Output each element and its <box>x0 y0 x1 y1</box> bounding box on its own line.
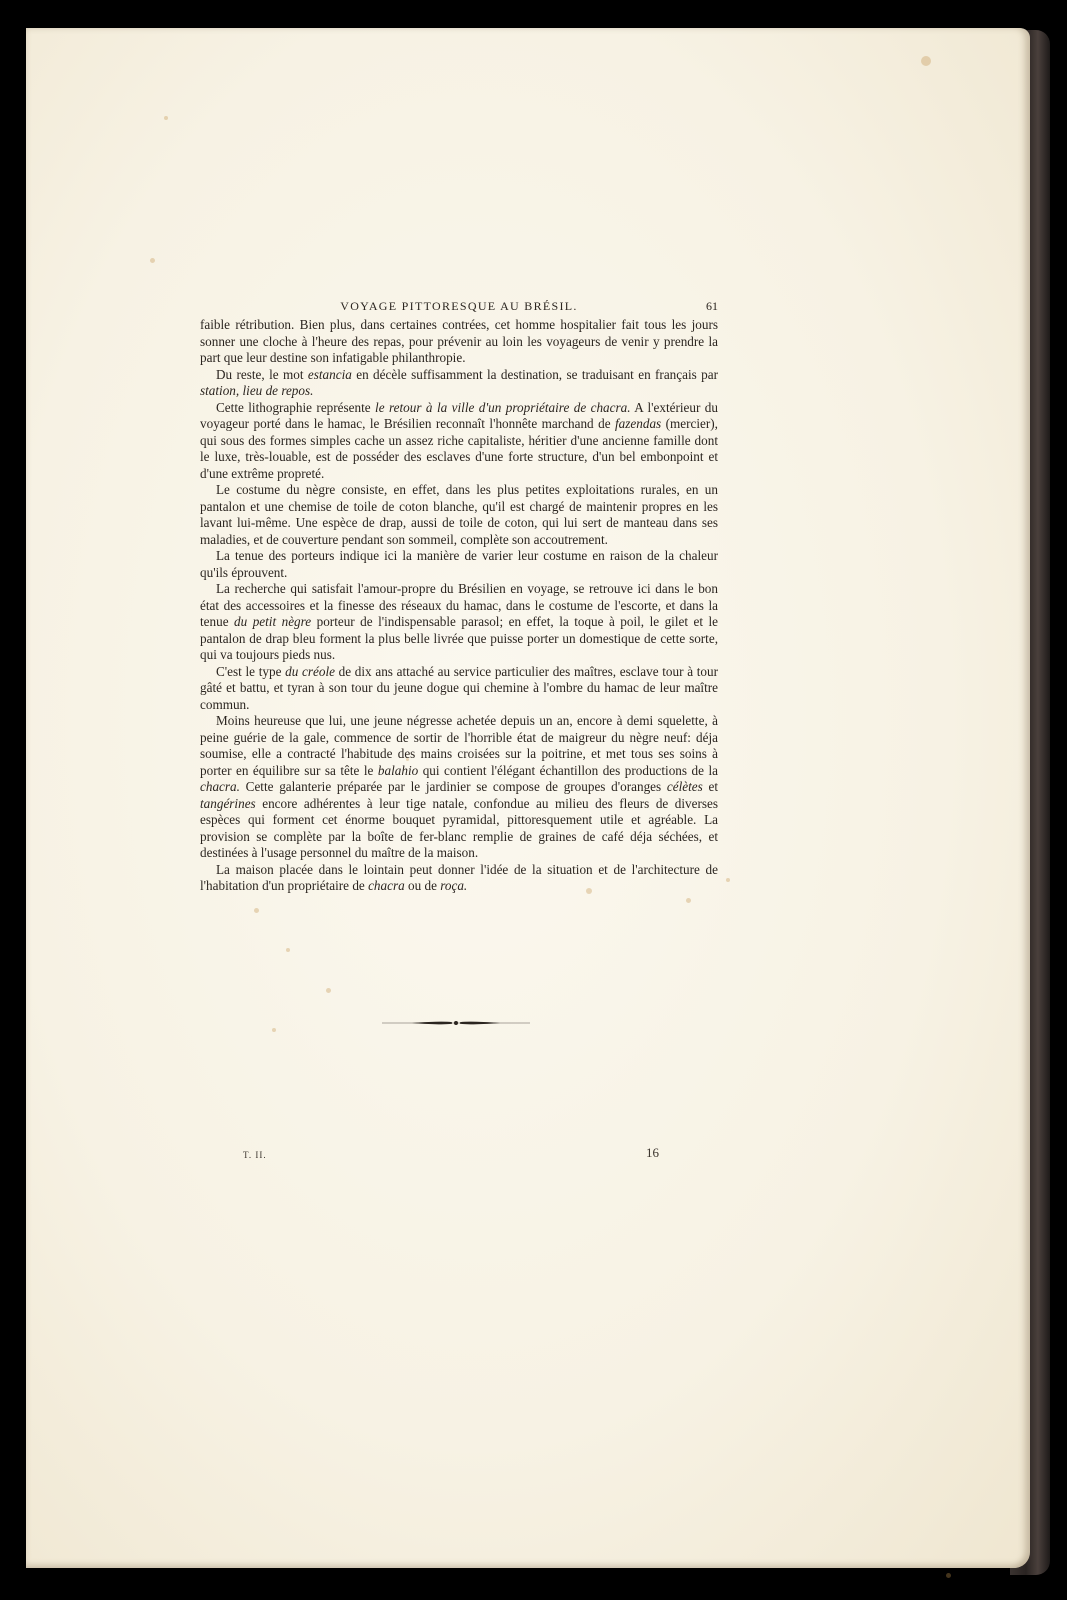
italic-text: du petit nègre <box>234 614 311 629</box>
italic-text: chacra <box>368 878 405 893</box>
paragraph: faible rétribution. Bien plus, dans cert… <box>200 317 718 367</box>
text-run: Cette lithographie représente <box>216 400 375 415</box>
paragraph: C'est le type du créole de dix ans attac… <box>200 664 718 714</box>
italic-text: estancia <box>308 367 352 382</box>
text-block: VOYAGE PITTORESQUE AU BRÉSIL. 61 faible … <box>200 298 718 895</box>
paragraph: Du reste, le mot estancia en décèle suff… <box>200 367 718 400</box>
italic-text: célètes <box>667 779 703 794</box>
italic-text: tangérines <box>200 796 256 811</box>
paragraph: Le costume du nègre consiste, en effet, … <box>200 482 718 548</box>
italic-text: station, lieu de repos. <box>200 383 313 398</box>
text-run: en décèle suffisamment la destination, s… <box>352 367 718 382</box>
foxing-spot <box>254 908 259 913</box>
foxing-spot <box>946 1573 951 1578</box>
text-run: La tenue des porteurs indique ici la man… <box>200 548 718 580</box>
body-text: faible rétribution. Bien plus, dans cert… <box>200 317 718 895</box>
italic-text: balahio <box>378 763 418 778</box>
text-run: et <box>703 779 718 794</box>
signature-mark: T. II. <box>243 1150 267 1160</box>
paragraph: La maison placée dans le lointain peut d… <box>200 862 718 895</box>
paragraph: La recherche qui satisfait l'amour-propr… <box>200 581 718 664</box>
paragraph: Moins heureuse que lui, une jeune négres… <box>200 713 718 862</box>
foxing-spot <box>150 258 155 263</box>
paragraph: La tenue des porteurs indique ici la man… <box>200 548 718 581</box>
text-run: Le costume du nègre consiste, en effet, … <box>200 482 718 547</box>
running-head-title: VOYAGE PITTORESQUE AU BRÉSIL. <box>340 299 578 313</box>
ornament-divider <box>382 1020 530 1026</box>
text-run: Cette galanterie préparée par le jardini… <box>240 779 667 794</box>
foxing-spot <box>686 898 691 903</box>
italic-text: du créole <box>285 664 335 679</box>
text-run: Du reste, le mot <box>216 367 308 382</box>
text-run: C'est le type <box>216 664 285 679</box>
foxing-spot <box>921 56 931 66</box>
italic-text: fazendas <box>615 416 661 431</box>
foxing-spot <box>272 1028 276 1032</box>
foxing-spot <box>164 116 168 120</box>
text-run: encore adhérentes à leur tige natale, co… <box>200 796 718 861</box>
foxing-spot <box>726 878 730 882</box>
sheet-number: 16 <box>646 1145 659 1161</box>
page-number: 61 <box>706 298 718 315</box>
running-head: VOYAGE PITTORESQUE AU BRÉSIL. 61 <box>200 298 718 314</box>
italic-text: le retour à la ville d'un propriétaire d… <box>375 400 630 415</box>
italic-text: chacra. <box>200 779 240 794</box>
paragraph: Cette lithographie représente le retour … <box>200 400 718 483</box>
foxing-spot <box>326 988 331 993</box>
italic-text: roça. <box>440 878 467 893</box>
text-run: ou de <box>405 878 441 893</box>
foxing-spot <box>286 948 290 952</box>
text-run: qui contient l'élégant échantillon des p… <box>418 763 718 778</box>
text-run: faible rétribution. Bien plus, dans cert… <box>200 317 718 365</box>
